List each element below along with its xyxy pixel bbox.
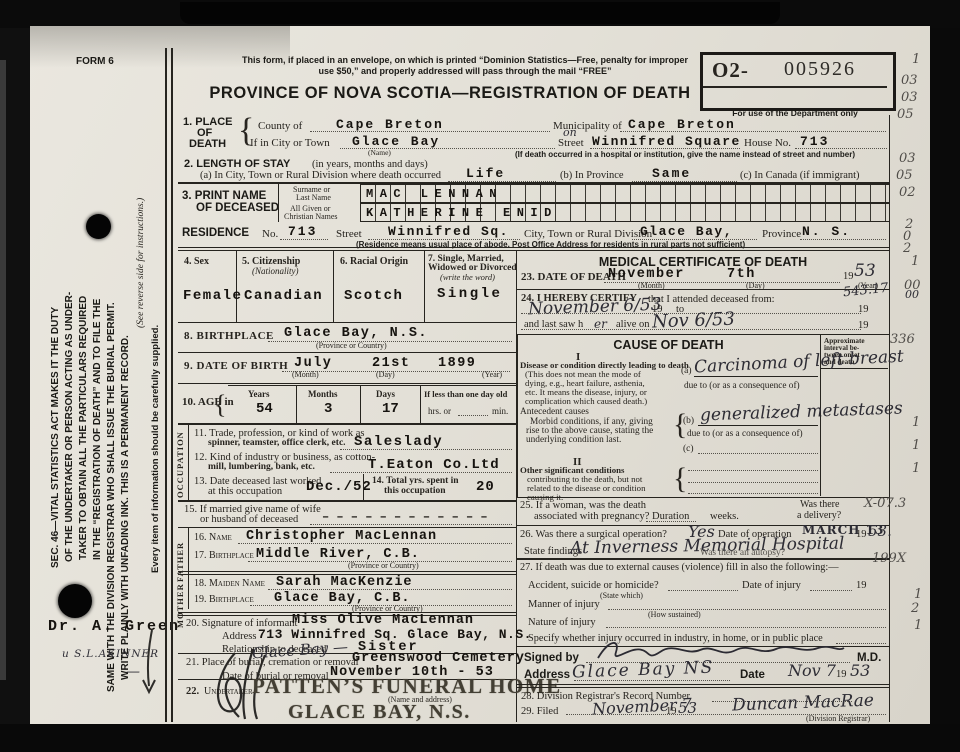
- s9-year-cap: (Year): [482, 370, 502, 379]
- envelope-note-line1: This form, if placed in an envelope, on …: [230, 55, 700, 65]
- registration-number-box-midline: [703, 86, 887, 88]
- scanned-death-registration: SEC. 46—VITAL STATISTICS ACT MAKES IT TH…: [0, 0, 960, 752]
- s2-a-label: (a) In City, Town or Rural Division wher…: [200, 170, 441, 181]
- s2-b-value: Same: [652, 166, 691, 181]
- registration-number: 005926: [784, 58, 856, 81]
- cell-divider: [420, 385, 421, 423]
- cause-b-label: (b): [683, 416, 694, 426]
- s11-label2: spinner, teamster, office clerk, etc.: [208, 438, 346, 448]
- s13-label2: at this occupation: [208, 486, 282, 497]
- s23-month: November: [608, 267, 685, 282]
- s25-wt2: a delivery?: [797, 510, 841, 521]
- margin-annotation: 03: [901, 73, 918, 88]
- s17-label: 17. Birthplace: [194, 550, 254, 561]
- s26-year-hand: 53.: [868, 522, 892, 540]
- s27-label3: Date of injury: [742, 580, 801, 591]
- margin-annotation: 199X: [872, 551, 906, 566]
- s24-19b: 19: [858, 304, 869, 315]
- s9-month-cap: (Month): [292, 370, 319, 379]
- cause-ant4: underlying condition last.: [526, 435, 621, 445]
- rule: [278, 184, 279, 222]
- s24-rest: that I attended deceased from:: [648, 294, 775, 305]
- s15-value: – – – – – – – – – – – –: [322, 510, 488, 524]
- s4-value: Female: [183, 288, 242, 304]
- leader: [310, 524, 512, 525]
- leader: [574, 680, 730, 681]
- s7-value: Single: [437, 286, 502, 302]
- s2-a-value: Life: [466, 166, 505, 181]
- s14-value: 20: [476, 479, 495, 495]
- s1-city-value: Glace Bay: [352, 134, 440, 149]
- s8-caption: (Province or Country): [316, 341, 387, 350]
- cell-divider: [360, 385, 361, 423]
- statute-line: SAME WITH THE DIVISION REGISTRAR WHO SHA…: [106, 132, 117, 692]
- medical-title: MEDICAL CERTIFICATE OF DEATH: [517, 255, 889, 269]
- s10-years: 54: [256, 401, 273, 417]
- s10-less-h: If less than one day old: [424, 389, 507, 399]
- rule: [517, 289, 889, 290]
- s29-y19: 19: [666, 706, 677, 717]
- scan-left-gray-strip: [0, 60, 6, 680]
- cell-divider: [424, 251, 425, 322]
- s1-county-label: County of: [258, 120, 302, 132]
- margin-annotation: 1: [912, 461, 920, 476]
- s10-months-h: Months: [308, 389, 338, 399]
- s29-caption: (Division Registrar): [806, 714, 870, 723]
- s10-min: min.: [492, 406, 508, 416]
- s27-label1: 27. If death was due to external causes …: [520, 562, 839, 573]
- s9-month: July: [294, 356, 332, 371]
- statute-line: IN THE “REGISTRATION OF DEATH” AND TO FI…: [92, 162, 103, 560]
- s10-days: 17: [382, 401, 399, 417]
- occupation-side-label: OCCUPATION: [175, 428, 185, 498]
- s1-name-caption: (Name): [368, 148, 391, 157]
- s27-label2: Accident, suicide or homicide?: [528, 580, 659, 591]
- s12-value: T.Eaton Co.Ltd: [368, 457, 500, 473]
- s27-label4: Manner of injury: [528, 599, 600, 610]
- rule: [178, 383, 516, 384]
- rule: [178, 247, 889, 248]
- cell-divider: [296, 385, 297, 423]
- registration-prefix: O2-: [712, 58, 749, 83]
- margin-annotation: 1: [912, 52, 920, 67]
- s3-surname-label2: Last Name: [296, 193, 331, 202]
- s16-value: Christopher MacLennan: [246, 529, 437, 544]
- rule: [178, 571, 516, 572]
- rule: [178, 500, 516, 502]
- margin-annotation: 03: [899, 151, 916, 166]
- s3-label1: 3. PRINT NAME: [182, 190, 266, 202]
- leader: [458, 415, 488, 416]
- undertaker-city-stamp: GLACE BAY, N.S.: [288, 701, 471, 724]
- s3-province-label: Province: [762, 228, 801, 240]
- s23-year-hand: 53: [854, 261, 876, 281]
- s4-label: 4. Sex: [184, 256, 209, 267]
- rule: [178, 423, 516, 425]
- margin-annotation: X-07.3: [864, 496, 906, 511]
- statute-line: TAKER TO OBTAIN ALL THE PARTICULARS REQU…: [78, 162, 89, 560]
- s3-no-value: 713: [288, 224, 317, 239]
- s25-wt1: Was there: [800, 499, 839, 510]
- address-label: Address: [524, 669, 570, 681]
- s2-label2: (in years, months and days): [312, 159, 428, 170]
- s1-street-value: Winnifred Square: [592, 134, 741, 149]
- margin-annotation: 1: [912, 415, 920, 430]
- s1-hospital-caption: (If death occurred in a hospital or inst…: [480, 150, 890, 159]
- s25-label1: 25. If a woman, was the death: [520, 500, 646, 511]
- date-hand-value: Nov 7: [788, 661, 836, 680]
- s10-years-h: Years: [248, 389, 270, 399]
- s8-value: Glace Bay, N.S.: [284, 326, 428, 341]
- s27-y19: 19: [856, 580, 867, 591]
- s1-municipality-value: Cape Breton: [628, 117, 736, 132]
- leader: [810, 590, 852, 591]
- s1-hand-on: on: [563, 126, 577, 139]
- leader: [521, 329, 861, 330]
- margin-annotation: 00: [904, 278, 921, 293]
- s23-y19: 19: [843, 271, 854, 282]
- s10-months: 3: [324, 401, 332, 417]
- s2-label: 2. LENGTH OF STAY: [184, 158, 290, 170]
- s3-label2: OF DECEASED: [196, 202, 279, 214]
- s20-informant: Miss Olive MacLennan: [292, 613, 474, 628]
- rule: [178, 352, 516, 353]
- s27-l4cap: (How sustained): [648, 610, 701, 619]
- margin-annotation: 05: [897, 107, 914, 122]
- s15-label2: or husband of deceased: [200, 514, 298, 525]
- leader: [668, 590, 738, 591]
- s27-label5: Nature of injury: [528, 617, 596, 628]
- s5-sub: (Nationality): [252, 266, 299, 276]
- leader: [688, 482, 818, 483]
- margin-arrow: [138, 628, 168, 698]
- s25-duration: Duration: [652, 511, 689, 522]
- date-label: Date: [740, 669, 765, 681]
- s1-house-value: 713: [800, 134, 829, 149]
- margin-annotation: 1: [914, 587, 922, 602]
- date-y19: 19: [836, 669, 847, 680]
- rule: [228, 385, 516, 386]
- s1-house-label: House No.: [744, 137, 791, 149]
- rule: [188, 423, 189, 500]
- s8-label: 8. BIRTHPLACE: [184, 330, 274, 342]
- rule: [517, 687, 889, 688]
- s20-label2: Address: [222, 631, 256, 642]
- statute-supplied-note: Every item of information should be care…: [150, 308, 161, 573]
- rule: [178, 250, 889, 251]
- margin-annotation: 05: [896, 168, 913, 183]
- margin-annotation: 1: [914, 618, 922, 633]
- envelope-note-line2: use $50,” and properly addressed will pa…: [230, 66, 700, 76]
- rule: [178, 322, 516, 323]
- s10-days-h: Days: [376, 389, 395, 399]
- statute-line: WRITE PLAINLY WITH UNFADING INK. THIS IS…: [120, 140, 131, 680]
- s3-no-label: No.: [262, 228, 278, 240]
- s26-y19: 19: [856, 529, 867, 540]
- s1-county-value: Cape Breton: [336, 117, 444, 132]
- rule: [178, 527, 516, 528]
- s14-label2: this occupation: [384, 486, 446, 496]
- cause-c-label: (c): [683, 444, 694, 454]
- s10-brace: {: [214, 390, 226, 420]
- margin-annotation: 336: [890, 332, 915, 347]
- s25-label2: associated with pregnancy?: [534, 511, 649, 522]
- s7-sub: (write the word): [440, 272, 495, 282]
- s12-label2: mill, lumbering, bank, etc.: [208, 462, 315, 472]
- s22-number: 22.: [186, 686, 199, 697]
- s18-label: 18. Maiden Name: [194, 578, 265, 589]
- s2-b-label: (b) In Province: [560, 170, 624, 181]
- s10-hrs: hrs. or: [428, 406, 451, 416]
- s9-day: 21st: [372, 356, 410, 371]
- rule: [694, 376, 818, 377]
- s25-weeks: weeks.: [710, 511, 739, 522]
- margin-annotation: 1: [911, 254, 919, 269]
- leader: [698, 453, 818, 454]
- s21-place-value: Greenswood Cemetery: [352, 651, 525, 666]
- scan-right-bar: [930, 28, 960, 724]
- cause-title: CAUSE OF DEATH: [517, 338, 820, 352]
- s29-label: 29. Filed: [521, 706, 558, 717]
- s3-given-label2: Christian Names: [284, 212, 338, 221]
- s19-label: 19. Birthplace: [194, 594, 254, 605]
- date-year-hand: 53: [850, 661, 870, 680]
- rule: [698, 425, 818, 426]
- statute-line: SEC. 46—VITAL STATISTICS ACT MAKES IT TH…: [50, 168, 61, 568]
- leader: [606, 627, 886, 628]
- statute-line: OF THE UNDERTAKER OR PERSON ACTING AS UN…: [64, 162, 75, 562]
- s9-day-cap: (Day): [376, 370, 395, 379]
- s18-value: Sarah MacKenzie: [276, 575, 413, 590]
- leader: [688, 470, 818, 471]
- s16-label: 16. Name: [194, 532, 232, 543]
- scan-bottom-bar: [0, 724, 960, 752]
- scan-top-rod: [180, 2, 780, 24]
- form-title: PROVINCE OF NOVA SCOTIA—REGISTRATION OF …: [200, 84, 700, 103]
- cause-brace2: {: [673, 462, 687, 496]
- margin-annotation: 02: [899, 185, 916, 200]
- margin-annotation: 2: [911, 601, 919, 616]
- leader: [280, 239, 328, 240]
- form-number: FORM 6: [76, 56, 114, 67]
- s11-value: Saleslady: [354, 434, 443, 450]
- form-left-rule: [171, 48, 173, 722]
- mother-side-label: MOTHER: [175, 578, 185, 628]
- s6-value: Scotch: [344, 288, 403, 304]
- s13-value: Dec./52: [306, 479, 372, 495]
- cell-divider: [333, 251, 334, 322]
- rule: [188, 573, 189, 609]
- s6-label: 6. Racial Origin: [340, 256, 408, 267]
- s17-value: Middle River, C.B.: [256, 547, 420, 562]
- cause-due1: due to (or as a consequence of): [684, 381, 800, 391]
- s17-caption: (Province or Country): [348, 561, 419, 570]
- s3-street-value: Winnifred Sq.: [388, 224, 509, 239]
- s24-19c: 19: [858, 320, 869, 331]
- cause-ant1: Antecedent causes: [520, 407, 589, 417]
- rule: [517, 558, 889, 560]
- s22-label: Undertaker: [204, 686, 253, 697]
- rule: [517, 684, 889, 685]
- s3-given-value: KATHERINE ENID: [366, 206, 558, 220]
- s14-label1: 14. Total yrs. spent in: [372, 476, 459, 486]
- s1-label-death: DEATH: [189, 138, 226, 150]
- margin-annotation: 1: [912, 438, 920, 453]
- s1-city-label: If in City or Town: [250, 137, 330, 149]
- cause-a-label: (a): [681, 366, 692, 376]
- margin-annotation: 03: [901, 90, 918, 105]
- s3-street-label: Street: [336, 228, 362, 240]
- s9-year: 1899: [438, 356, 476, 371]
- s3-province-value: N. S.: [802, 224, 851, 239]
- s2-c-label: (c) In Canada (if immigrant): [740, 170, 860, 181]
- cell-divider: [363, 474, 364, 500]
- s3-residence-label: RESIDENCE: [182, 227, 249, 239]
- statute-note: (See reverse side for instructions.): [136, 148, 146, 328]
- hole-punch: [58, 584, 92, 618]
- s9-label: 9. DATE OF BIRTH: [184, 360, 288, 372]
- s3-city-value: Glace Bay,: [640, 224, 733, 239]
- cell-divider: [236, 251, 237, 322]
- cause-due2: due to (or as a consequence of): [687, 429, 803, 439]
- s5-value: Canadian: [244, 288, 323, 304]
- cause-d5: complication which caused death.): [525, 396, 647, 406]
- leader: [688, 493, 818, 494]
- s27-l2cap: (State which): [600, 591, 643, 600]
- form-left-rule: [165, 48, 167, 722]
- s23-day: 7th: [727, 267, 756, 282]
- leader: [268, 341, 512, 342]
- s3-surname-value: MAC LENNAN: [366, 187, 503, 201]
